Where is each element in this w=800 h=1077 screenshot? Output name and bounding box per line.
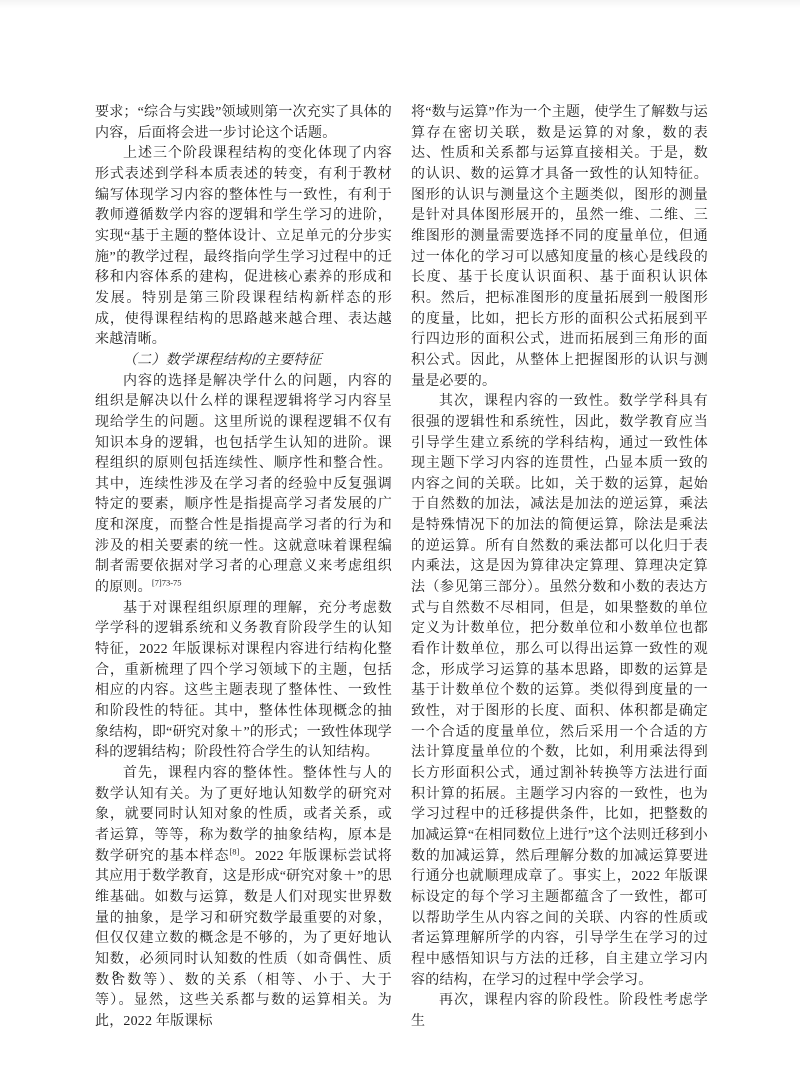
paragraph-text: 其次，课程内容的一致性。数学学科具有很强的逻辑性和系统性，因此，数学教育应当引导… bbox=[411, 394, 708, 987]
section-heading: （二）数学课程结构的主要特征 bbox=[95, 351, 392, 372]
paragraph: 其次，课程内容的一致性。数学学科具有很强的逻辑性和系统性，因此，数学教育应当引导… bbox=[411, 392, 708, 991]
paragraph-text: 将“数与运算”作为一个主题，使学生了解数与运算存在密切关联，数是运算的对象，数的… bbox=[411, 105, 708, 389]
paragraph-text: 。2022 年版课标尝试将其应用于数学教育，这是形成“研究对象＋”的思维基础。如… bbox=[95, 849, 392, 1029]
paragraph: 上述三个阶段课程结构的变化体现了内容形式表述到学科本质表述的转变，有利于教材编写… bbox=[95, 144, 392, 351]
paragraph: 再次，课程内容的阶段性。阶段性考虑学生 bbox=[411, 991, 708, 1032]
footnote-ref: [7]73-75 bbox=[152, 577, 182, 587]
paragraph-text: 再次，课程内容的阶段性。阶段性考虑学生 bbox=[411, 993, 708, 1029]
paragraph: 基于对课程组织原理的理解，充分考虑数学学科的逻辑系统和义务教育阶段学生的认知特征… bbox=[95, 599, 392, 764]
paragraph: 要求；“综合与实践”领域则第一次充实了具体的内容，后面将会进一步讨论这个话题。 bbox=[95, 103, 392, 144]
left-column: 要求；“综合与实践”领域则第一次充实了具体的内容，后面将会进一步讨论这个话题。上… bbox=[95, 103, 392, 1033]
paragraph-text: 上述三个阶段课程结构的变化体现了内容形式表述到学科本质表述的转变，有利于教材编写… bbox=[95, 146, 392, 347]
paragraph-text: 要求；“综合与实践”领域则第一次充实了具体的内容，后面将会进一步讨论这个话题。 bbox=[95, 105, 392, 141]
page-number: · 8 · bbox=[98, 969, 136, 985]
paragraph-text: （二）数学课程结构的主要特征 bbox=[123, 353, 322, 368]
article-body: 要求；“综合与实践”领域则第一次充实了具体的内容，后面将会进一步讨论这个话题。上… bbox=[95, 103, 708, 1033]
paragraph: 首先，课程内容的整体性。整体性与人的数学认知有关。为了更好地认知数学的研究对象，… bbox=[95, 764, 392, 1033]
paragraph-text: 基于对课程组织原理的理解，充分考虑数学学科的逻辑系统和义务教育阶段学生的认知特征… bbox=[95, 601, 392, 761]
footnote-ref: [8] bbox=[229, 846, 239, 856]
document-page: 要求；“综合与实践”领域则第一次充实了具体的内容，后面将会进一步讨论这个话题。上… bbox=[0, 0, 800, 1077]
paragraph: 将“数与运算”作为一个主题，使学生了解数与运算存在密切关联，数是运算的对象，数的… bbox=[411, 103, 708, 392]
paragraph-text: 内容的选择是解决学什么的问题，内容的组织是解决以什么样的课程逻辑将学习内容呈现给… bbox=[95, 374, 392, 596]
paragraph: 内容的选择是解决学什么的问题，内容的组织是解决以什么样的课程逻辑将学习内容呈现给… bbox=[95, 372, 392, 599]
right-column: 将“数与运算”作为一个主题，使学生了解数与运算存在密切关联，数是运算的对象，数的… bbox=[411, 103, 708, 1033]
